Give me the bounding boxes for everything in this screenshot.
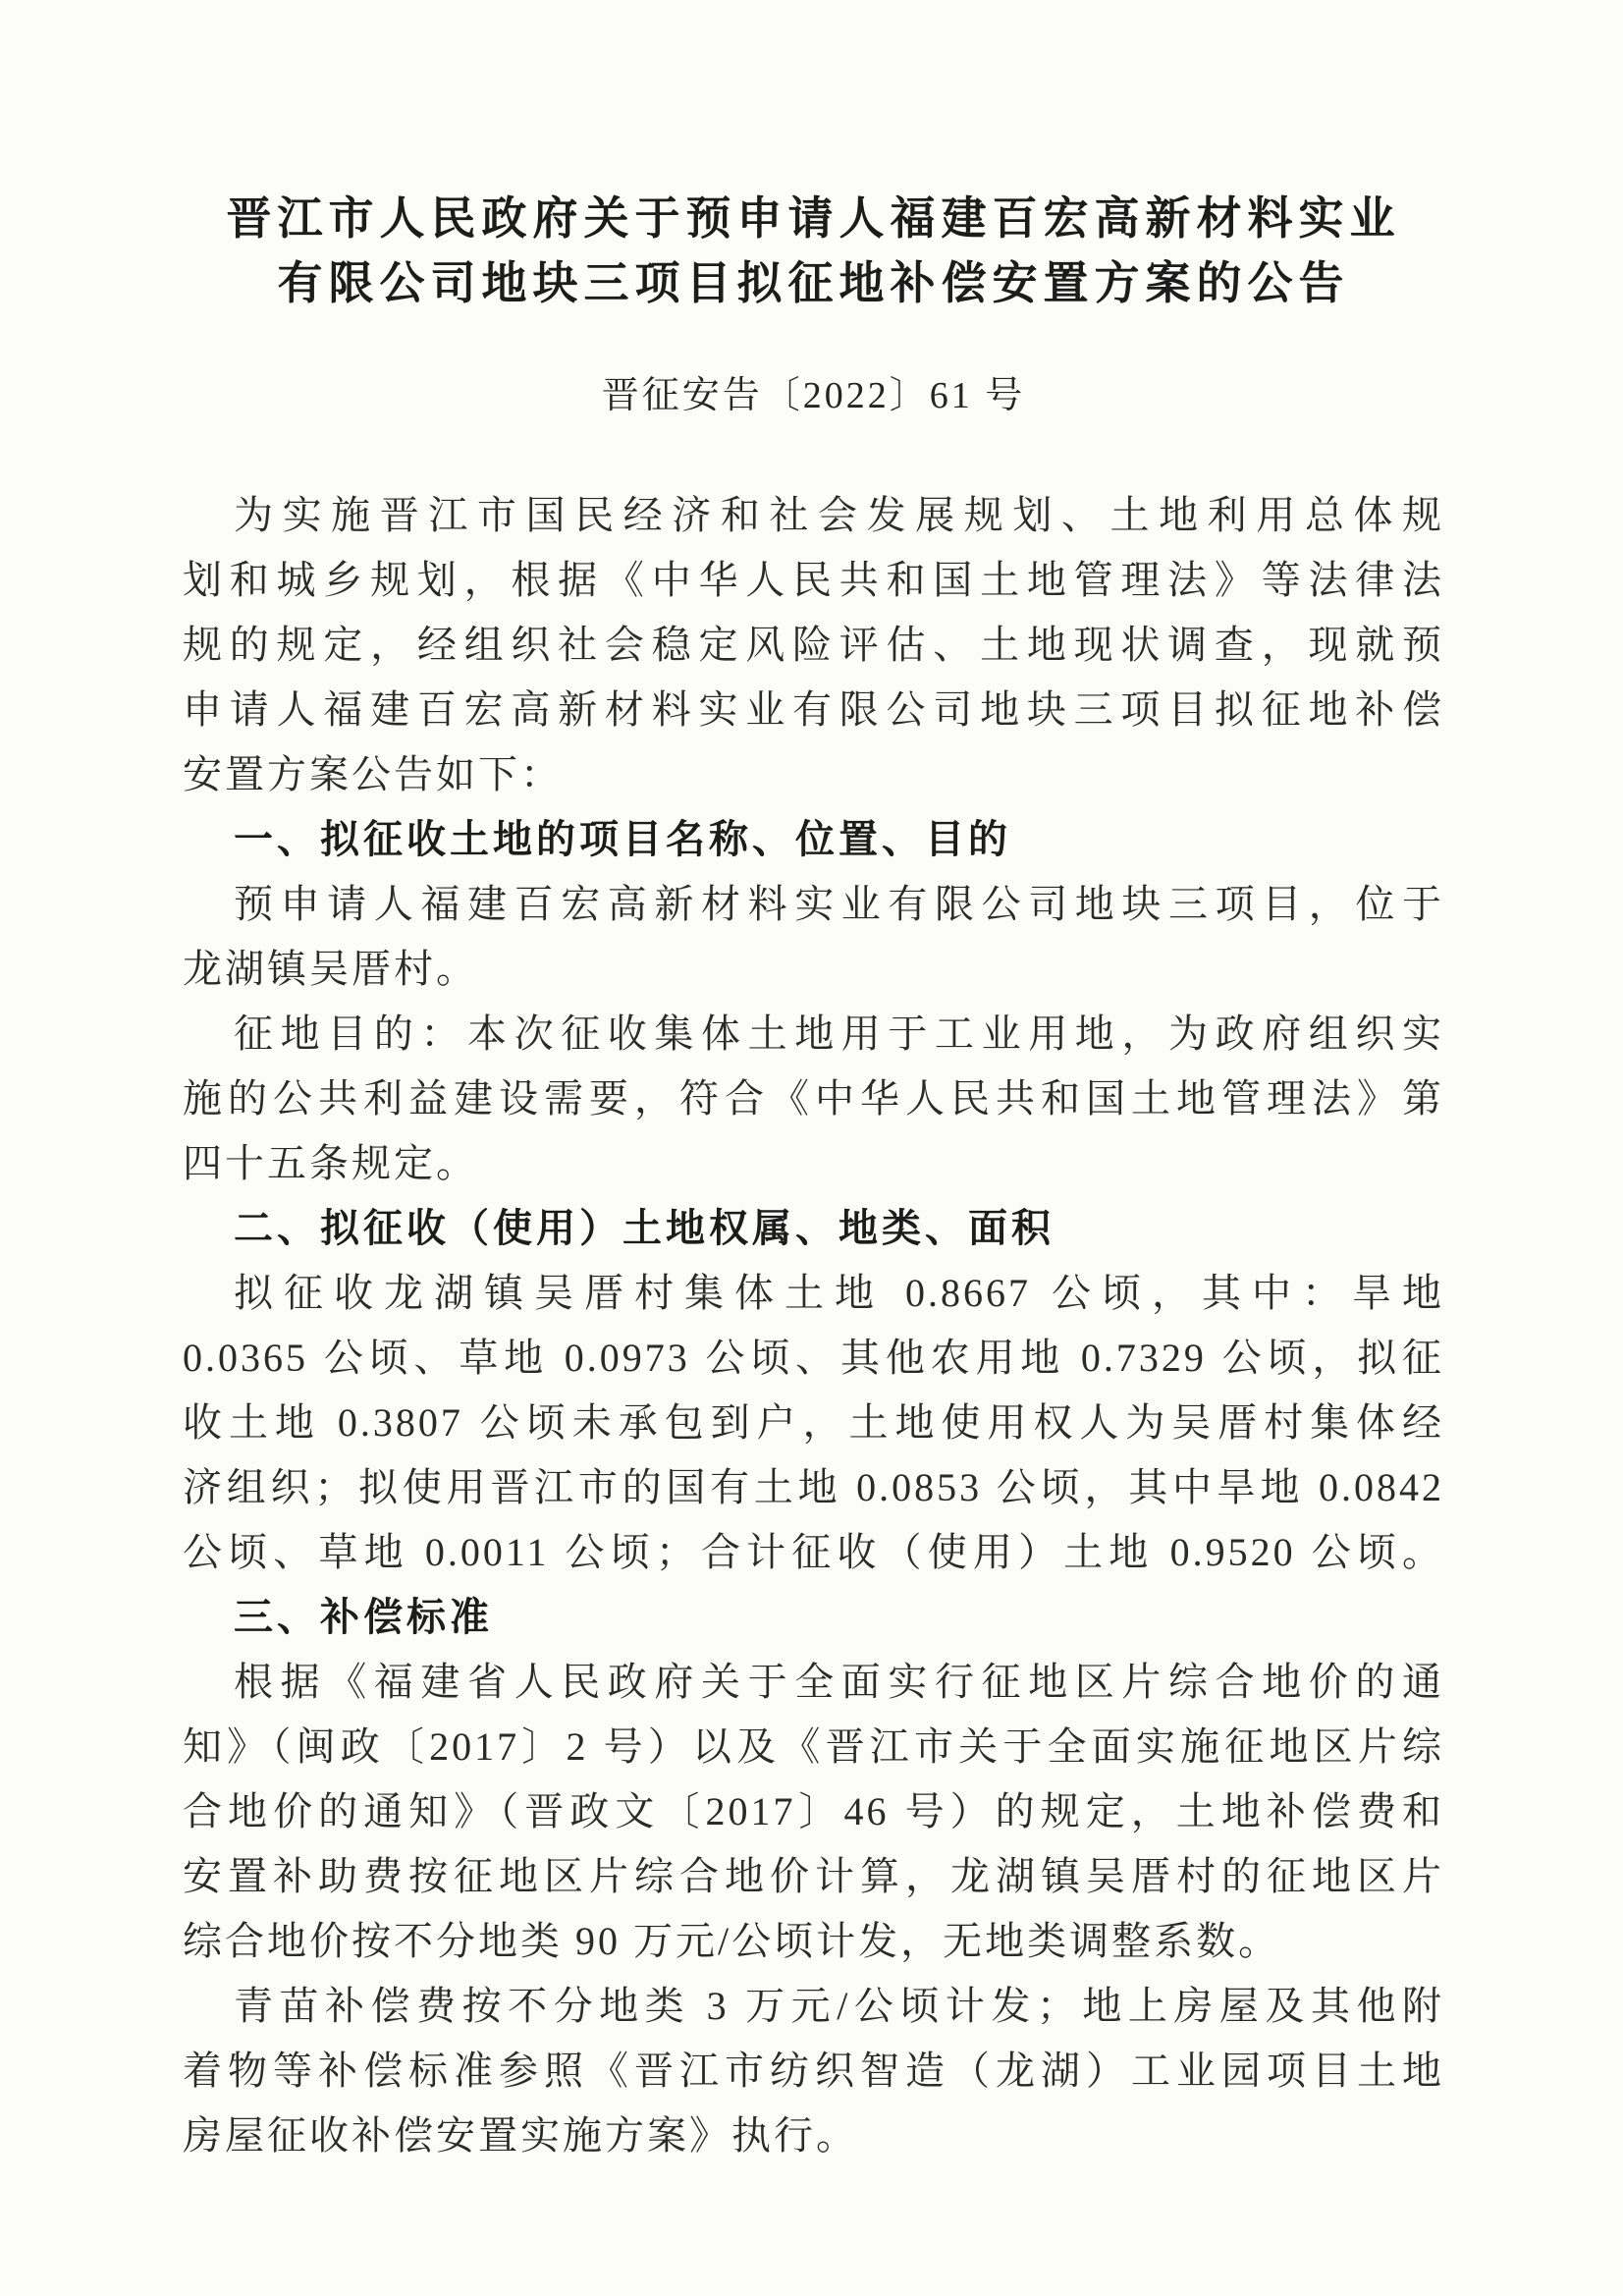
text-line: 着物等补偿标准参照《晋江市纺织智造（龙湖）工业园项目土地 (183, 2039, 1444, 2104)
text-line: 划和城乡规划，根据《中华人民共和国土地管理法》等法律法 (183, 548, 1444, 613)
text-line: 济组织；拟使用晋江市的国有土地 0.0853 公顷，其中旱地 0.0842 (183, 1455, 1444, 1520)
text-line: 安置补助费按征地区片综合地价计算，龙湖镇吴厝村的征地区片 (183, 1844, 1444, 1909)
section-heading-1: 一、拟征收土地的项目名称、位置、目的 (183, 807, 1444, 872)
text-line: 四十五条规定。 (183, 1131, 1444, 1196)
text-line: 综合地价按不分地类 90 万元/公顷计发，无地类调整系数。 (183, 1909, 1444, 1974)
text-line: 安置方案公告如下： (183, 742, 1444, 807)
text-line: 规的规定，经组织社会稳定风险评估、土地现状调查，现就预 (183, 613, 1444, 678)
document-title: 晋江市人民政府关于预申请人福建百宏高新材料实业 有限公司地块三项目拟征地补偿安置… (183, 187, 1444, 316)
text-line: 拟征收龙湖镇吴厝村集体土地 0.8667 公顷，其中：旱地 (183, 1261, 1444, 1326)
body-text: 为实施晋江市国民经济和社会发展规划、土地利用总体规 划和城乡规划，根据《中华人民… (183, 483, 1444, 2168)
text-line: 征地目的：本次征收集体土地用于工业用地，为政府组织实 (183, 1002, 1444, 1066)
text-line: 施的公共利益建设需要，符合《中华人民共和国土地管理法》第 (183, 1066, 1444, 1131)
text-line: 0.0365 公顷、草地 0.0973 公顷、其他农用地 0.7329 公顷，拟… (183, 1326, 1444, 1391)
text-line: 房屋征收补偿安置实施方案》执行。 (183, 2104, 1444, 2168)
text-line: 收土地 0.3807 公顷未承包到户，土地使用权人为吴厝村集体经 (183, 1391, 1444, 1455)
text-line: 青苗补偿费按不分地类 3 万元/公顷计发；地上房屋及其他附 (183, 1974, 1444, 2039)
scanned-document-page: 晋江市人民政府关于预申请人福建百宏高新材料实业 有限公司地块三项目拟征地补偿安置… (0, 0, 1623, 2296)
doc-number: 晋征安告〔2022〕61 号 (183, 371, 1444, 420)
text-line: 公顷、草地 0.0011 公顷；合计征收（使用）土地 0.9520 公顷。 (183, 1520, 1444, 1585)
text-line: 申请人福建百宏高新材料实业有限公司地块三项目拟征地补偿 (183, 678, 1444, 742)
title-line-2: 有限公司地块三项目拟征地补偿安置方案的公告 (183, 251, 1444, 316)
section-heading-3: 三、补偿标准 (183, 1585, 1444, 1650)
text-line: 为实施晋江市国民经济和社会发展规划、土地利用总体规 (183, 483, 1444, 548)
text-line: 根据《福建省人民政府关于全面实行征地区片综合地价的通 (183, 1650, 1444, 1715)
document-content: 晋江市人民政府关于预申请人福建百宏高新材料实业 有限公司地块三项目拟征地补偿安置… (183, 187, 1444, 2168)
title-line-1: 晋江市人民政府关于预申请人福建百宏高新材料实业 (183, 187, 1444, 251)
section-heading-2: 二、拟征收（使用）土地权属、地类、面积 (183, 1196, 1444, 1261)
text-line: 龙湖镇吴厝村。 (183, 937, 1444, 1002)
text-line: 预申请人福建百宏高新材料实业有限公司地块三项目，位于 (183, 872, 1444, 937)
text-line: 合地价的通知》（晋政文〔2017〕46 号）的规定，土地补偿费和 (183, 1779, 1444, 1844)
text-line: 知》（闽政〔2017〕2 号）以及《晋江市关于全面实施征地区片综 (183, 1715, 1444, 1779)
